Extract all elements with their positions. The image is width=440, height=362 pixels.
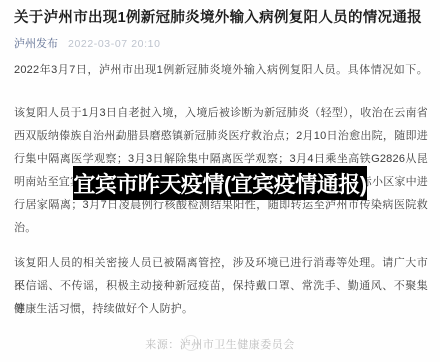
line-fragment-left: 明南站至宜宾 — [14, 171, 81, 194]
paragraph-intro: 2022年3月7日，泸州市出现1例新冠肺炎境外输入病例复阳人员。具体情况如下。 — [14, 59, 428, 82]
source-account-link[interactable]: 泸州发布 — [14, 35, 58, 51]
overlay-watermark-banner: 宜宾市昨天疫情(宜宾疫情通报) — [73, 166, 367, 200]
case-details-line: 治。 — [14, 217, 428, 240]
page-title: 关于泸州市出现1例新冠肺炎境外输入病例复阳人员的情况通报 — [14, 8, 428, 28]
advisory-line: 该复阳人员的相关密接人员已被隔离管控，涉及环境已进行消毒等处理。请广大市民 — [14, 252, 428, 275]
advisory-line: 健康生活习惯，持续做好个人防护。 — [14, 298, 428, 321]
article-meta: 泸州发布 2022-03-07 20:10 — [14, 35, 428, 48]
advisory-line: 不信谣、不传谣，积极主动接种新冠疫苗，保持戴口罩、常洗手、勤通风、不聚集等 — [14, 275, 428, 298]
article-page: 关于泸州市出现1例新冠肺炎境外输入病例复阳人员的情况通报 泸州发布 2022-0… — [0, 0, 440, 321]
publish-timestamp: 2022-03-07 20:10 — [68, 38, 161, 50]
case-details-line: 西双版纳傣族自治州勐腊县磨憨镇新冠肺炎医疗救治点；2月10日治愈出院，随即进 — [14, 125, 428, 148]
footer-source: 来源：泸州市卫生健康委员会 — [0, 336, 440, 352]
paragraph-advisory: 该复阳人员的相关密接人员已被隔离管控，涉及环境已进行消毒等处理。请广大市民 不信… — [14, 252, 428, 321]
case-details-line: 该复阳人员于1月3日自老挝入境，入境后被诊断为新冠肺炎（轻型），收治在云南省 — [14, 102, 428, 125]
